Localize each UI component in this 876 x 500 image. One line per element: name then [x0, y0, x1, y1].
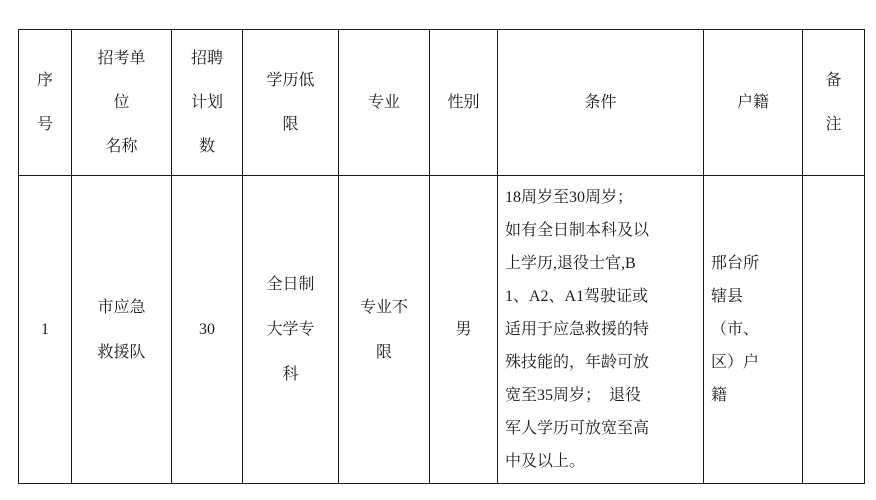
col-header-conditions: 条件: [498, 30, 704, 176]
cell-major: 专业不 限: [339, 176, 430, 484]
col-header-min-education: 学历低 限: [243, 30, 339, 176]
cell-min-education: 全日制 大学专 科: [243, 176, 339, 484]
table-header-row: 序 号 招考单 位 名称 招聘 计划 数 学历低 限 专业 性别 条件 户籍 备…: [19, 30, 865, 176]
col-header-major: 专业: [339, 30, 430, 176]
recruitment-table: 序 号 招考单 位 名称 招聘 计划 数 学历低 限 专业 性别 条件 户籍 备…: [18, 29, 865, 484]
cell-unit-name: 市应急 救援队: [72, 176, 172, 484]
col-header-serial: 序 号: [19, 30, 72, 176]
cell-plan-count: 30: [172, 176, 243, 484]
cell-gender: 男: [430, 176, 498, 484]
col-header-gender: 性别: [430, 30, 498, 176]
cell-conditions: 18周岁至30周岁； 如有全日制本科及以 上学历,退役士官,B 1、A2、A1驾…: [498, 176, 704, 484]
col-header-remarks: 备 注: [803, 30, 865, 176]
col-header-unit-name: 招考单 位 名称: [72, 30, 172, 176]
cell-serial: 1: [19, 176, 72, 484]
col-header-household: 户籍: [704, 30, 803, 176]
cell-remarks: [803, 176, 865, 484]
col-header-plan-count: 招聘 计划 数: [172, 30, 243, 176]
document-page: 序 号 招考单 位 名称 招聘 计划 数 学历低 限 专业 性别 条件 户籍 备…: [0, 0, 876, 500]
table-row: 1 市应急 救援队 30 全日制 大学专 科 专业不 限 男 18周岁至30周岁…: [19, 176, 865, 484]
cell-household: 邢台所 辖县 （市、 区）户 籍: [704, 176, 803, 484]
